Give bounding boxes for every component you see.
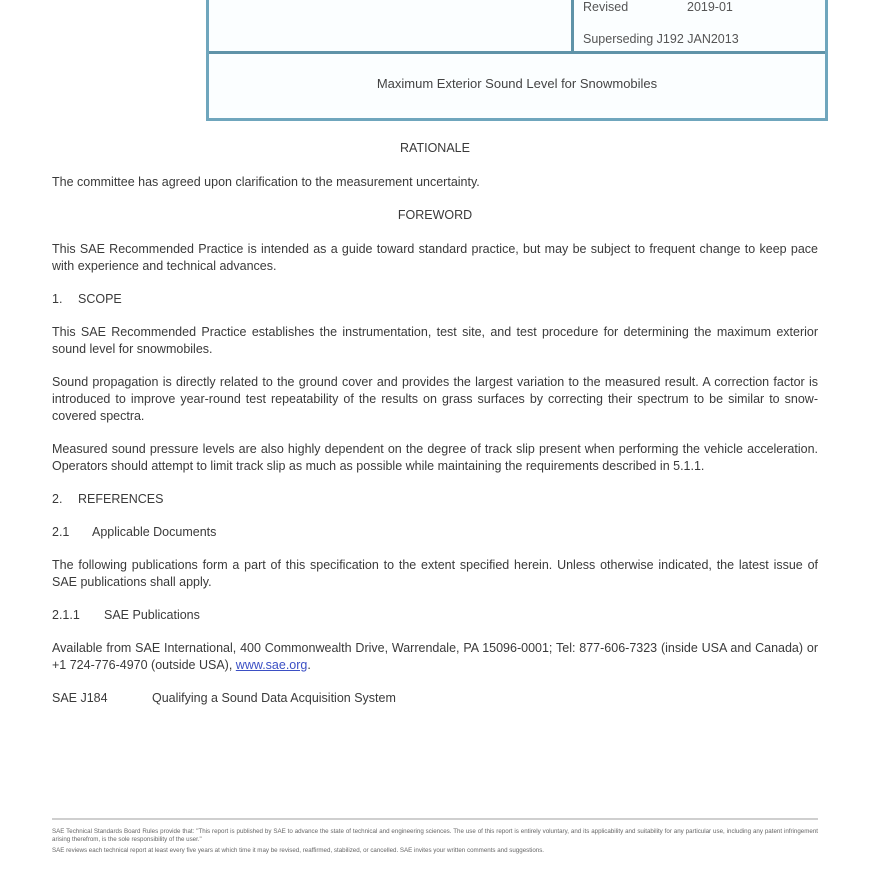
rationale-heading: RATIONALE [52,140,818,157]
scope-title: SCOPE [78,292,122,306]
scope-heading: 1.SCOPE [52,291,818,308]
header-top-section: Revised2019-01 Superseding J192 JAN2013 [209,0,825,54]
references-title: REFERENCES [78,492,163,506]
header-divider [571,0,574,54]
applicable-number: 2.1 [52,524,92,541]
revised-row: Revised2019-01 [583,0,733,14]
reference-item: SAE J184Qualifying a Sound Data Acquisit… [52,690,818,707]
link-suffix: . [307,658,310,672]
rationale-text: The committee has agreed upon clarificat… [52,174,818,191]
superseding-row: Superseding J192 JAN2013 [583,32,739,46]
scope-paragraph: Sound propagation is directly related to… [52,374,818,425]
references-heading: 2.REFERENCES [52,491,818,508]
document-title: Maximum Exterior Sound Level for Snowmob… [209,76,825,91]
scope-number: 1. [52,291,78,308]
scope-paragraph: This SAE Recommended Practice establishe… [52,324,818,358]
sae-publications-text: Available from SAE International, 400 Co… [52,640,818,674]
document-body: RATIONALE The committee has agreed upon … [52,140,818,720]
scope-paragraph: Measured sound pressure levels are also … [52,441,818,475]
revised-value: 2019-01 [687,0,733,14]
references-number: 2. [52,491,78,508]
sae-website-link[interactable]: www.sae.org [236,658,308,672]
availability-text: Available from SAE International, 400 Co… [52,641,818,672]
legal-footer: SAE Technical Standards Board Rules prov… [52,818,818,858]
sae-publications-heading: 2.1.1SAE Publications [52,607,818,624]
superseding-label: Superseding J192 JAN2013 [583,32,739,46]
revised-label: Revised [583,0,687,14]
sae-publications-number: 2.1.1 [52,607,104,624]
reference-title: Qualifying a Sound Data Acquisition Syst… [152,691,396,705]
sae-publications-title: SAE Publications [104,608,200,622]
applicable-documents-heading: 2.1Applicable Documents [52,524,818,541]
applicable-title: Applicable Documents [92,525,216,539]
footer-line: SAE reviews each technical report at lea… [52,847,818,855]
footer-line: SAE Technical Standards Board Rules prov… [52,828,818,844]
reference-code: SAE J184 [52,690,152,707]
applicable-text: The following publications form a part o… [52,557,818,591]
foreword-heading: FOREWORD [52,207,818,224]
foreword-text: This SAE Recommended Practice is intende… [52,241,818,275]
document-header-box: Revised2019-01 Superseding J192 JAN2013 … [206,0,828,121]
